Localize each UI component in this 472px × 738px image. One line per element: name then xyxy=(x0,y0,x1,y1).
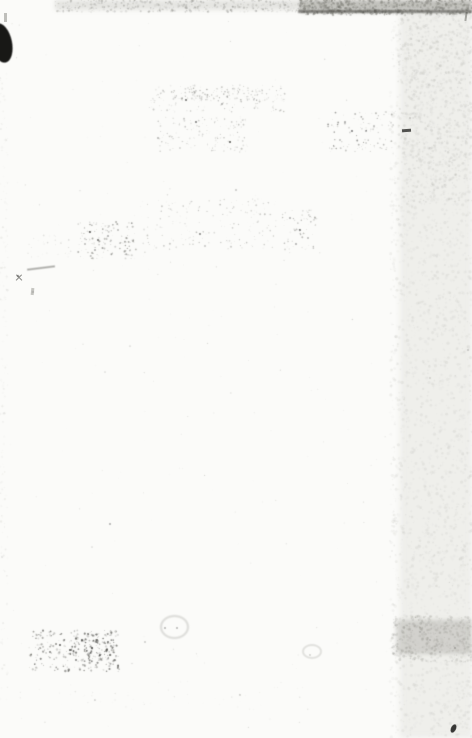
scanned-page xyxy=(0,0,472,738)
scan-grain-canvas xyxy=(0,0,472,738)
